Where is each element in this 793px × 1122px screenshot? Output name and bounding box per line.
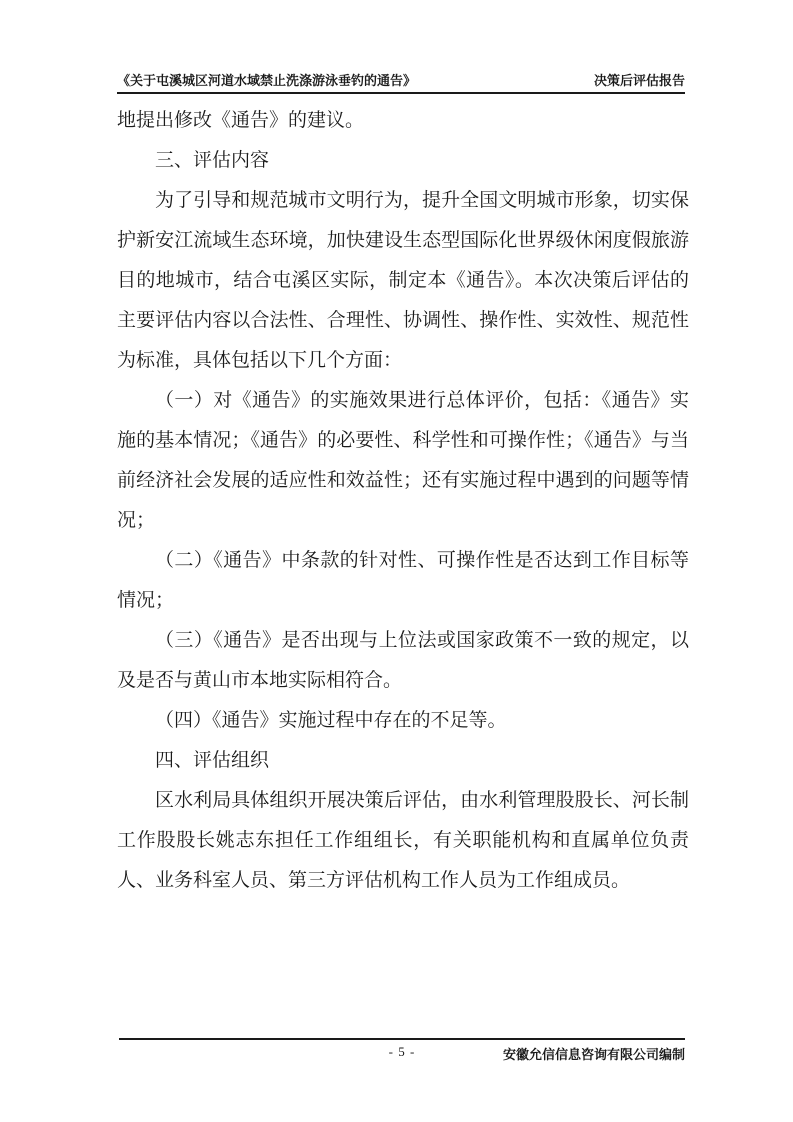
paragraph-continuation: 地提出修改《通告》的建议。	[117, 101, 689, 141]
paragraph-item-1: （一）对《通告》的实施效果进行总体评价，包括：《通告》实施的基本情况；《通告》的…	[117, 381, 689, 541]
document-page: 《关于屯溪城区河道水域禁止洗涤游泳垂钓的通告》 决策后评估报告 地提出修改《通告…	[0, 0, 793, 1122]
document-body: 地提出修改《通告》的建议。 三、评估内容 为了引导和规范城市文明行为，提升全国文…	[117, 101, 689, 901]
paragraph-purpose: 为了引导和规范城市文明行为，提升全国文明城市形象，切实保护新安江流域生态环境，加…	[117, 181, 689, 381]
paragraph-item-3: （三）《通告》是否出现与上位法或国家政策不一致的规定，以及是否与黄山市本地实际相…	[117, 621, 689, 701]
paragraph-item-2: （二）《通告》中条款的针对性、可操作性是否达到工作目标等情况；	[117, 541, 689, 621]
header-doc-title: 《关于屯溪城区河道水域禁止洗涤游泳垂钓的通告》	[117, 70, 416, 89]
page-header: 《关于屯溪城区河道水域禁止洗涤游泳垂钓的通告》 决策后评估报告	[117, 70, 685, 94]
page-footer: - 5 - 安徽允信信息咨询有限公司编制	[119, 1038, 685, 1062]
header-report-label: 决策后评估报告	[594, 70, 685, 89]
paragraph-item-4: （四）《通告》实施过程中存在的不足等。	[117, 701, 689, 741]
paragraph-organization: 区水利局具体组织开展决策后评估，由水利管理股股长、河长制工作股股长姚志东担任工作…	[117, 781, 689, 901]
section-heading-evaluation-content: 三、评估内容	[117, 141, 689, 181]
footer-credit: 安徽允信信息咨询有限公司编制	[503, 1044, 685, 1063]
section-heading-evaluation-organization: 四、评估组织	[117, 741, 689, 781]
